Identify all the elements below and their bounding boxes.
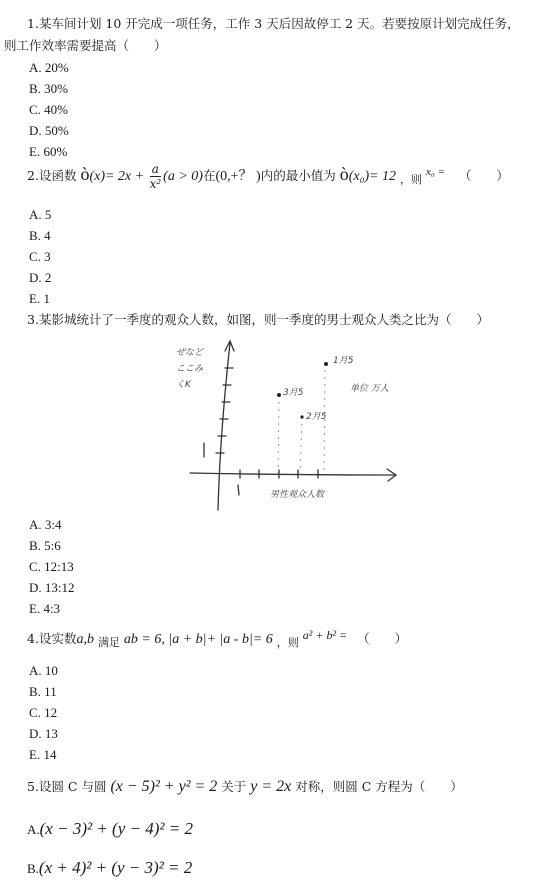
question-3-text: 某影城统计了一季度的观众人数，如图，则一季度的男士观众人类之比为（ ） xyxy=(39,312,489,327)
question-4-option-c[interactable]: C. 12 xyxy=(29,705,57,721)
y-axis-scrawl-label: ぜなど xyxy=(176,347,205,358)
question-2-mid2: 内的最小值为 xyxy=(261,168,336,183)
question-1-option-c[interactable]: C. 40% xyxy=(29,102,68,118)
question-2-number: 2. xyxy=(27,168,39,183)
question-2-prefix: 设函数 xyxy=(39,168,77,183)
condition-a-positive: (a > 0) xyxy=(163,169,203,184)
question-1-option-b[interactable]: B. 30% xyxy=(29,81,68,97)
question-1-number: 1. xyxy=(27,16,39,31)
question-3-option-d[interactable]: D. 13:12 xyxy=(29,580,75,596)
option-a-label: A. xyxy=(27,822,40,837)
given-circle-equation: (x − 5)² + y² = 2 xyxy=(110,778,217,795)
question-4-option-b[interactable]: B. 11 xyxy=(29,684,57,700)
y-axis-scrawl-label-2: ここみ xyxy=(176,364,203,374)
question-4-option-a[interactable]: A. 10 xyxy=(29,663,58,679)
question-2-then: ，则 xyxy=(400,173,422,186)
question-2-ask: x₀ = xyxy=(426,166,445,178)
question-3-option-e[interactable]: E. 4:3 xyxy=(29,601,60,617)
question-5-number: 5. xyxy=(27,779,39,794)
question-3-stem: 3.某影城统计了一季度的观众人数，如图，则一季度的男士观众人类之比为（ ） xyxy=(27,310,489,328)
fraction-denominator: x² xyxy=(150,177,162,190)
minimum-value-expression: (x₀)= 12 xyxy=(349,169,396,184)
x-axis-scrawl-label: 男性观众人数 xyxy=(270,489,326,500)
question-1-option-d[interactable]: D. 50% xyxy=(29,123,69,139)
question-4-prefix: 设实数 xyxy=(39,631,77,646)
question-2-option-c[interactable]: C. 3 xyxy=(29,249,51,265)
question-1-option-a[interactable]: A. 20% xyxy=(29,60,69,76)
symmetry-line: y = 2x xyxy=(250,778,291,795)
function-expression: (x)= 2x + xyxy=(89,169,147,184)
question-2-option-d[interactable]: D. 2 xyxy=(29,270,51,286)
question-4-satisfy: 满足 xyxy=(98,636,120,649)
question-3-option-a[interactable]: A. 3:4 xyxy=(29,517,62,533)
unit-scrawl: 单位 万人 xyxy=(350,383,389,394)
question-3-number: 3. xyxy=(27,312,39,327)
hand-drawn-scatter-sketch: ぜなど ここみ くK 3月5 2月5 1月5 单位 万人 男性观众人数 xyxy=(170,335,430,515)
question-4-blank: （ ） xyxy=(357,631,407,646)
question-5-mid: 关于 xyxy=(221,779,246,794)
question-2-option-a[interactable]: A. 5 xyxy=(29,207,51,223)
question-5-suffix: 对称，则圆 C 方程为（ ） xyxy=(295,779,463,794)
question-4-ask: a² + b² = xyxy=(303,628,347,642)
question-1-text: 某车间计划 10 开完成一项任务，工作 3 天后因故停工 2 天。若要按原计划完… xyxy=(39,16,520,31)
question-1-line1: 1.某车间计划 10 开完成一项任务，工作 3 天后因故停工 2 天。若要按原计… xyxy=(27,14,520,32)
option-b-label: B. xyxy=(27,861,39,876)
variables-ab: a,b xyxy=(76,632,94,647)
question-1-line2: 则工作效率需要提高（ ） xyxy=(4,36,167,54)
question-2-option-b[interactable]: B. 4 xyxy=(29,228,51,244)
question-5-prefix: 设圆 C 与圆 xyxy=(39,779,107,794)
question-2-stem: 2.设函数 ò(x)= 2x + ax²(a > 0)在(0,+？ )内的最小值… xyxy=(27,163,509,190)
point-label-january: 1月5 xyxy=(333,355,354,366)
question-4-number: 4. xyxy=(27,631,39,646)
question-2-mid: 在 xyxy=(203,168,216,183)
question-5-option-a[interactable]: A.(x − 3)² + (y − 4)² = 2 xyxy=(27,819,193,839)
interval: (0,+？ ) xyxy=(215,169,260,184)
question-2-option-e[interactable]: E. 1 xyxy=(29,291,50,307)
option-b-equation: (x + 4)² + (y − 3)² = 2 xyxy=(39,858,192,877)
question-3-figure: ぜなど ここみ くK 3月5 2月5 1月5 单位 万人 男性观众人数 xyxy=(170,335,430,515)
question-4-option-d[interactable]: D. 13 xyxy=(29,726,58,742)
point-label-february: 2月5 xyxy=(306,411,327,422)
option-a-equation: (x − 3)² + (y − 4)² = 2 xyxy=(40,819,193,838)
condition-expression: ab = 6, |a + b|+ |a - b|= 6 xyxy=(124,632,273,647)
point-label-march: 3月5 xyxy=(283,387,304,398)
fraction-numerator: a xyxy=(150,163,162,177)
question-2-blank: （ ） xyxy=(459,168,509,183)
question-1-option-e[interactable]: E. 60% xyxy=(29,144,67,160)
fraction-a-over-x2: ax² xyxy=(150,163,162,190)
question-4-then: ，则 xyxy=(277,636,299,649)
function-symbol-2: ò xyxy=(340,164,349,184)
y-axis-scrawl-label-3: くK xyxy=(176,379,192,390)
question-4-stem: 4.设实数a,b 满足 ab = 6, |a + b|+ |a - b|= 6 … xyxy=(27,628,407,650)
question-3-option-c[interactable]: C. 12:13 xyxy=(29,559,74,575)
question-5-stem: 5.设圆 C 与圆 (x − 5)² + y² = 2 关于 y = 2x 对称… xyxy=(27,777,463,796)
question-3-option-b[interactable]: B. 5:6 xyxy=(29,538,61,554)
question-5-option-b[interactable]: B.(x + 4)² + (y − 3)² = 2 xyxy=(27,858,192,878)
question-4-option-e[interactable]: E. 14 xyxy=(29,747,56,763)
